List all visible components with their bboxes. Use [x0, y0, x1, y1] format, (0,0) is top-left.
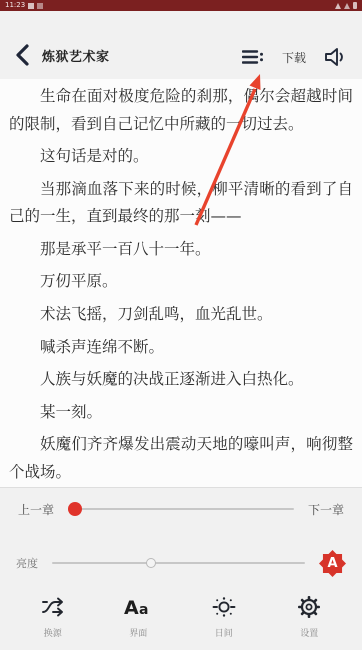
- notification-icon: [37, 3, 43, 9]
- brightness-row: 亮度 A: [0, 549, 362, 577]
- sun-icon: [211, 595, 237, 619]
- font-icon: A a: [123, 595, 153, 619]
- toolbar-label: 界面: [129, 626, 147, 639]
- toolbar-item-interface[interactable]: A a 界面: [108, 595, 168, 639]
- paragraph: 术法飞摇，刀剑乱鸣，血光乱世。: [9, 301, 353, 329]
- slider-track: [68, 508, 294, 510]
- paragraph: 万仞平原。: [9, 268, 353, 296]
- paragraph: 这句话是对的。: [9, 143, 353, 171]
- chapter-nav-row: 上一章 下一章: [0, 488, 362, 520]
- battery-icon: [353, 2, 357, 9]
- brightness-slider[interactable]: [52, 556, 305, 570]
- brightness-label: 亮度: [16, 555, 38, 571]
- paragraph: 生命在面对极度危险的刹那，偶尔会超越时间的限制，看到自己记忆中所藏的一切过去。: [9, 83, 353, 138]
- chapter-list-icon[interactable]: [242, 49, 264, 65]
- reader-toolbar: 换源 A a 界面: [0, 595, 362, 639]
- gear-icon: [297, 595, 321, 619]
- toolbar-item-change-source[interactable]: 换源: [23, 595, 83, 639]
- shuffle-icon: [40, 595, 66, 619]
- notification-icon: [28, 3, 34, 9]
- reading-settings-sheet: 上一章 下一章 亮度 A: [0, 487, 362, 650]
- chapter-progress-slider[interactable]: [68, 502, 294, 516]
- paragraph: 当那滴血落下来的时候，柳平清晰的看到了自己的一生，直到最终的那一刻——: [9, 176, 353, 231]
- svg-text:A: A: [124, 597, 139, 619]
- speaker-icon[interactable]: [324, 47, 348, 67]
- toolbar-label: 设置: [300, 626, 318, 639]
- brightness-slider-thumb[interactable]: [146, 558, 156, 568]
- toolbar-label: 日间: [215, 626, 233, 639]
- slider-track: [52, 562, 305, 564]
- svg-text:a: a: [139, 602, 148, 618]
- next-chapter-button[interactable]: 下一章: [308, 501, 344, 518]
- font-size-button[interactable]: A: [319, 550, 346, 577]
- reader-page[interactable]: 生命在面对极度危险的刹那，偶尔会超越时间的限制，看到自己记忆中所藏的一切过去。 …: [0, 79, 362, 490]
- wifi-icon: [335, 3, 341, 9]
- signal-icon: [344, 3, 350, 9]
- download-button[interactable]: 下载: [282, 49, 306, 66]
- paragraph: 喊杀声连绵不断。: [9, 334, 353, 362]
- paragraph: 某一刻。: [9, 399, 353, 427]
- nav-bar: 炼狱艺术家 下载: [0, 11, 362, 79]
- book-title: 炼狱艺术家: [42, 46, 110, 65]
- chapter-slider-thumb[interactable]: [68, 502, 82, 516]
- paragraph: 妖魔们齐齐爆发出震动天地的嚎叫声，响彻整个战场。: [9, 431, 353, 486]
- paragraph: 人族与妖魔的决战正逐渐进入白热化。: [9, 366, 353, 394]
- font-size-letter: A: [319, 550, 346, 577]
- status-time: 11:23: [5, 2, 25, 9]
- status-bar: 11:23: [0, 0, 362, 11]
- back-icon[interactable]: [14, 43, 30, 67]
- toolbar-item-settings[interactable]: 设置: [279, 595, 339, 639]
- paragraph: 那是承平一百八十一年。: [9, 236, 353, 264]
- toolbar-label: 换源: [44, 626, 62, 639]
- top-area: 11:23 炼狱艺术家: [0, 0, 362, 79]
- prev-chapter-button[interactable]: 上一章: [18, 501, 54, 518]
- toolbar-item-day-mode[interactable]: 日间: [194, 595, 254, 639]
